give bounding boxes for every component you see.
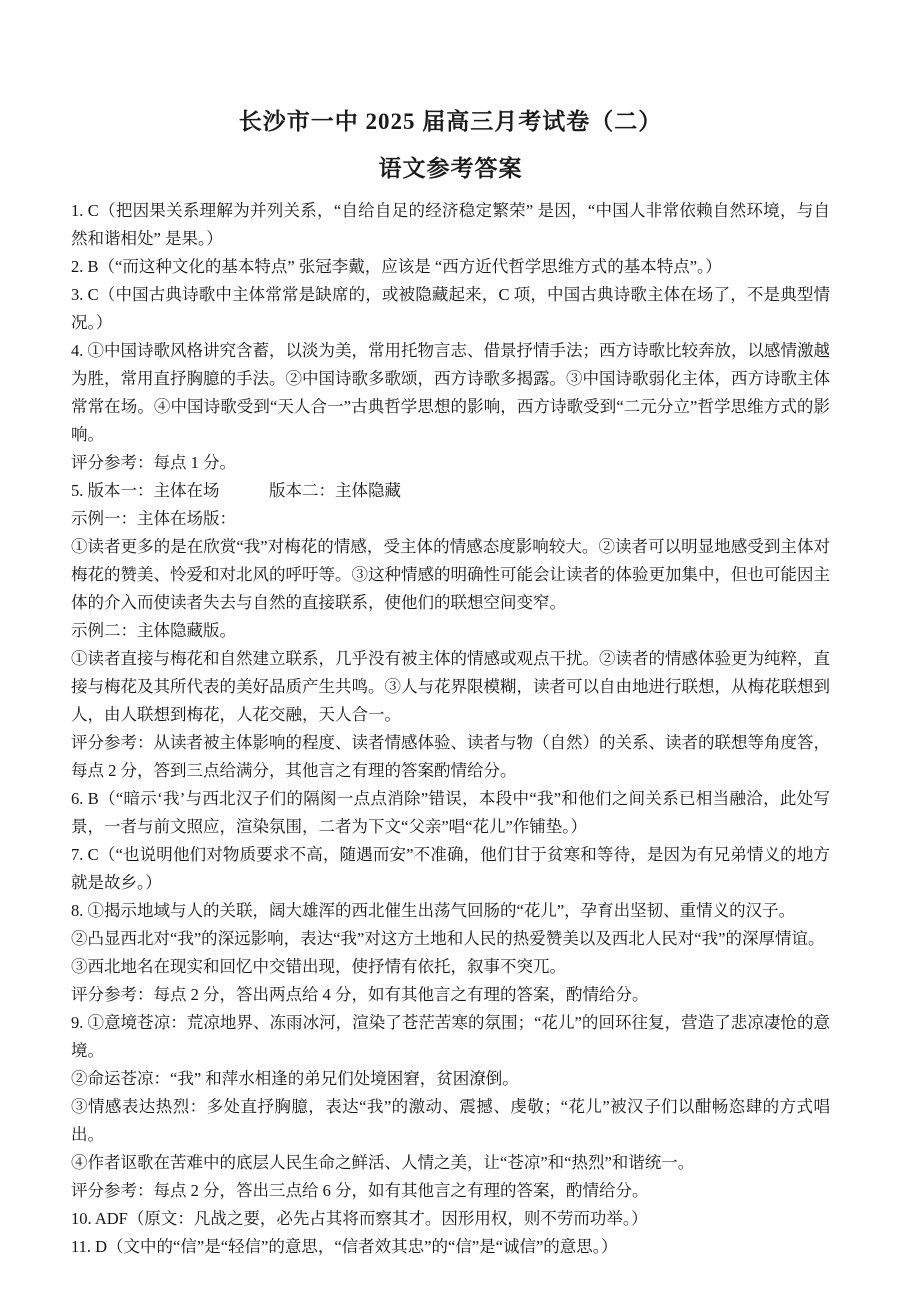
- answer-paragraph: 1. C（把因果关系理解为并列关系，“自给自足的经济稳定繁荣” 是因，“中国人非…: [71, 197, 830, 253]
- answer-paragraph: ③西北地名在现实和回忆中交错出现，使抒情有依托，叙事不突兀。: [71, 953, 830, 981]
- answer-paragraph: ③情感表达热烈：多处直抒胸臆，表达“我”的激动、震撼、虔敬；“花儿”被汉子们以酣…: [71, 1093, 830, 1149]
- answer-paragraph: 6. B（“暗示‘我’与西北汉子们的隔阂一点点消除”错误，本段中“我”和他们之间…: [71, 785, 830, 841]
- document-subtitle: 语文参考答案: [71, 155, 830, 183]
- answer-paragraph: 10. ADF（原文：凡战之要，必先占其将而察其才。因形用权，则不劳而功举。）: [71, 1205, 830, 1233]
- answer-paragraph: ②凸显西北对“我”的深远影响，表达“我”对这方土地和人民的热爱赞美以及西北人民对…: [71, 925, 830, 953]
- document-title: 长沙市一中 2025 届高三月考试卷（二）: [71, 108, 830, 136]
- answer-paragraph: ①读者直接与梅花和自然建立联系，几乎没有被主体的情感或观点干扰。②读者的情感体验…: [71, 645, 830, 729]
- answer-paragraph: 8. ①揭示地域与人的关联，阔大雄浑的西北催生出荡气回肠的“花儿”，孕育出坚韧、…: [71, 897, 830, 925]
- answer-paragraph: ②命运苍凉：“我” 和萍水相逢的弟兄们处境困窘，贫困潦倒。: [71, 1065, 830, 1093]
- answer-paragraph: 示例一：主体在场版：: [71, 505, 830, 533]
- answer-paragraph: 评分参考：从读者被主体影响的程度、读者情感体验、读者与物（自然）的关系、读者的联…: [71, 729, 830, 785]
- answer-paragraph: 评分参考：每点 2 分，答出两点给 4 分，如有其他言之有理的答案，酌情给分。: [71, 981, 830, 1009]
- answer-paragraph: 3. C（中国古典诗歌中主体常常是缺席的，或被隐藏起来，C 项，中国古典诗歌主体…: [71, 281, 830, 337]
- answer-paragraph: ①读者更多的是在欣赏“我”对梅花的情感，受主体的情感态度影响较大。②读者可以明显…: [71, 533, 830, 617]
- answer-paragraph: 评分参考：每点 1 分。: [71, 449, 830, 477]
- answer-paragraph: 评分参考：每点 2 分，答出三点给 6 分，如有其他言之有理的答案，酌情给分。: [71, 1177, 830, 1205]
- answer-paragraph: 7. C（“也说明他们对物质要求不高，随遇而安”不准确，他们甘于贫寒和等待，是因…: [71, 841, 830, 897]
- answer-paragraph: 9. ①意境苍凉：荒凉地界、冻雨冰河，渲染了苍茫苦寒的氛围；“花儿”的回环往复，…: [71, 1009, 830, 1065]
- answer-paragraph: 示例二：主体隐藏版。: [71, 617, 830, 645]
- answer-paragraph: 2. B（“而这种文化的基本特点” 张冠李戴，应该是 “西方近代哲学思维方式的基…: [71, 253, 830, 281]
- answer-paragraph: 4. ①中国诗歌风格讲究含蓄，以淡为美，常用托物言志、借景抒情手法；西方诗歌比较…: [71, 337, 830, 449]
- answer-paragraph: 11. D（文中的“信”是“轻信”的意思，“信者效其忠”的“信”是“诚信”的意思…: [71, 1233, 830, 1261]
- answers-body: 1. C（把因果关系理解为并列关系，“自给自足的经济稳定繁荣” 是因，“中国人非…: [71, 197, 830, 1261]
- answer-paragraph: ④作者讴歌在苦难中的底层人民生命之鲜活、人情之美，让“苍凉”和“热烈”和谐统一。: [71, 1149, 830, 1177]
- document-page: 长沙市一中 2025 届高三月考试卷（二） 语文参考答案 1. C（把因果关系理…: [0, 0, 900, 1301]
- answer-paragraph: 5. 版本一：主体在场 版本二：主体隐藏: [71, 477, 830, 505]
